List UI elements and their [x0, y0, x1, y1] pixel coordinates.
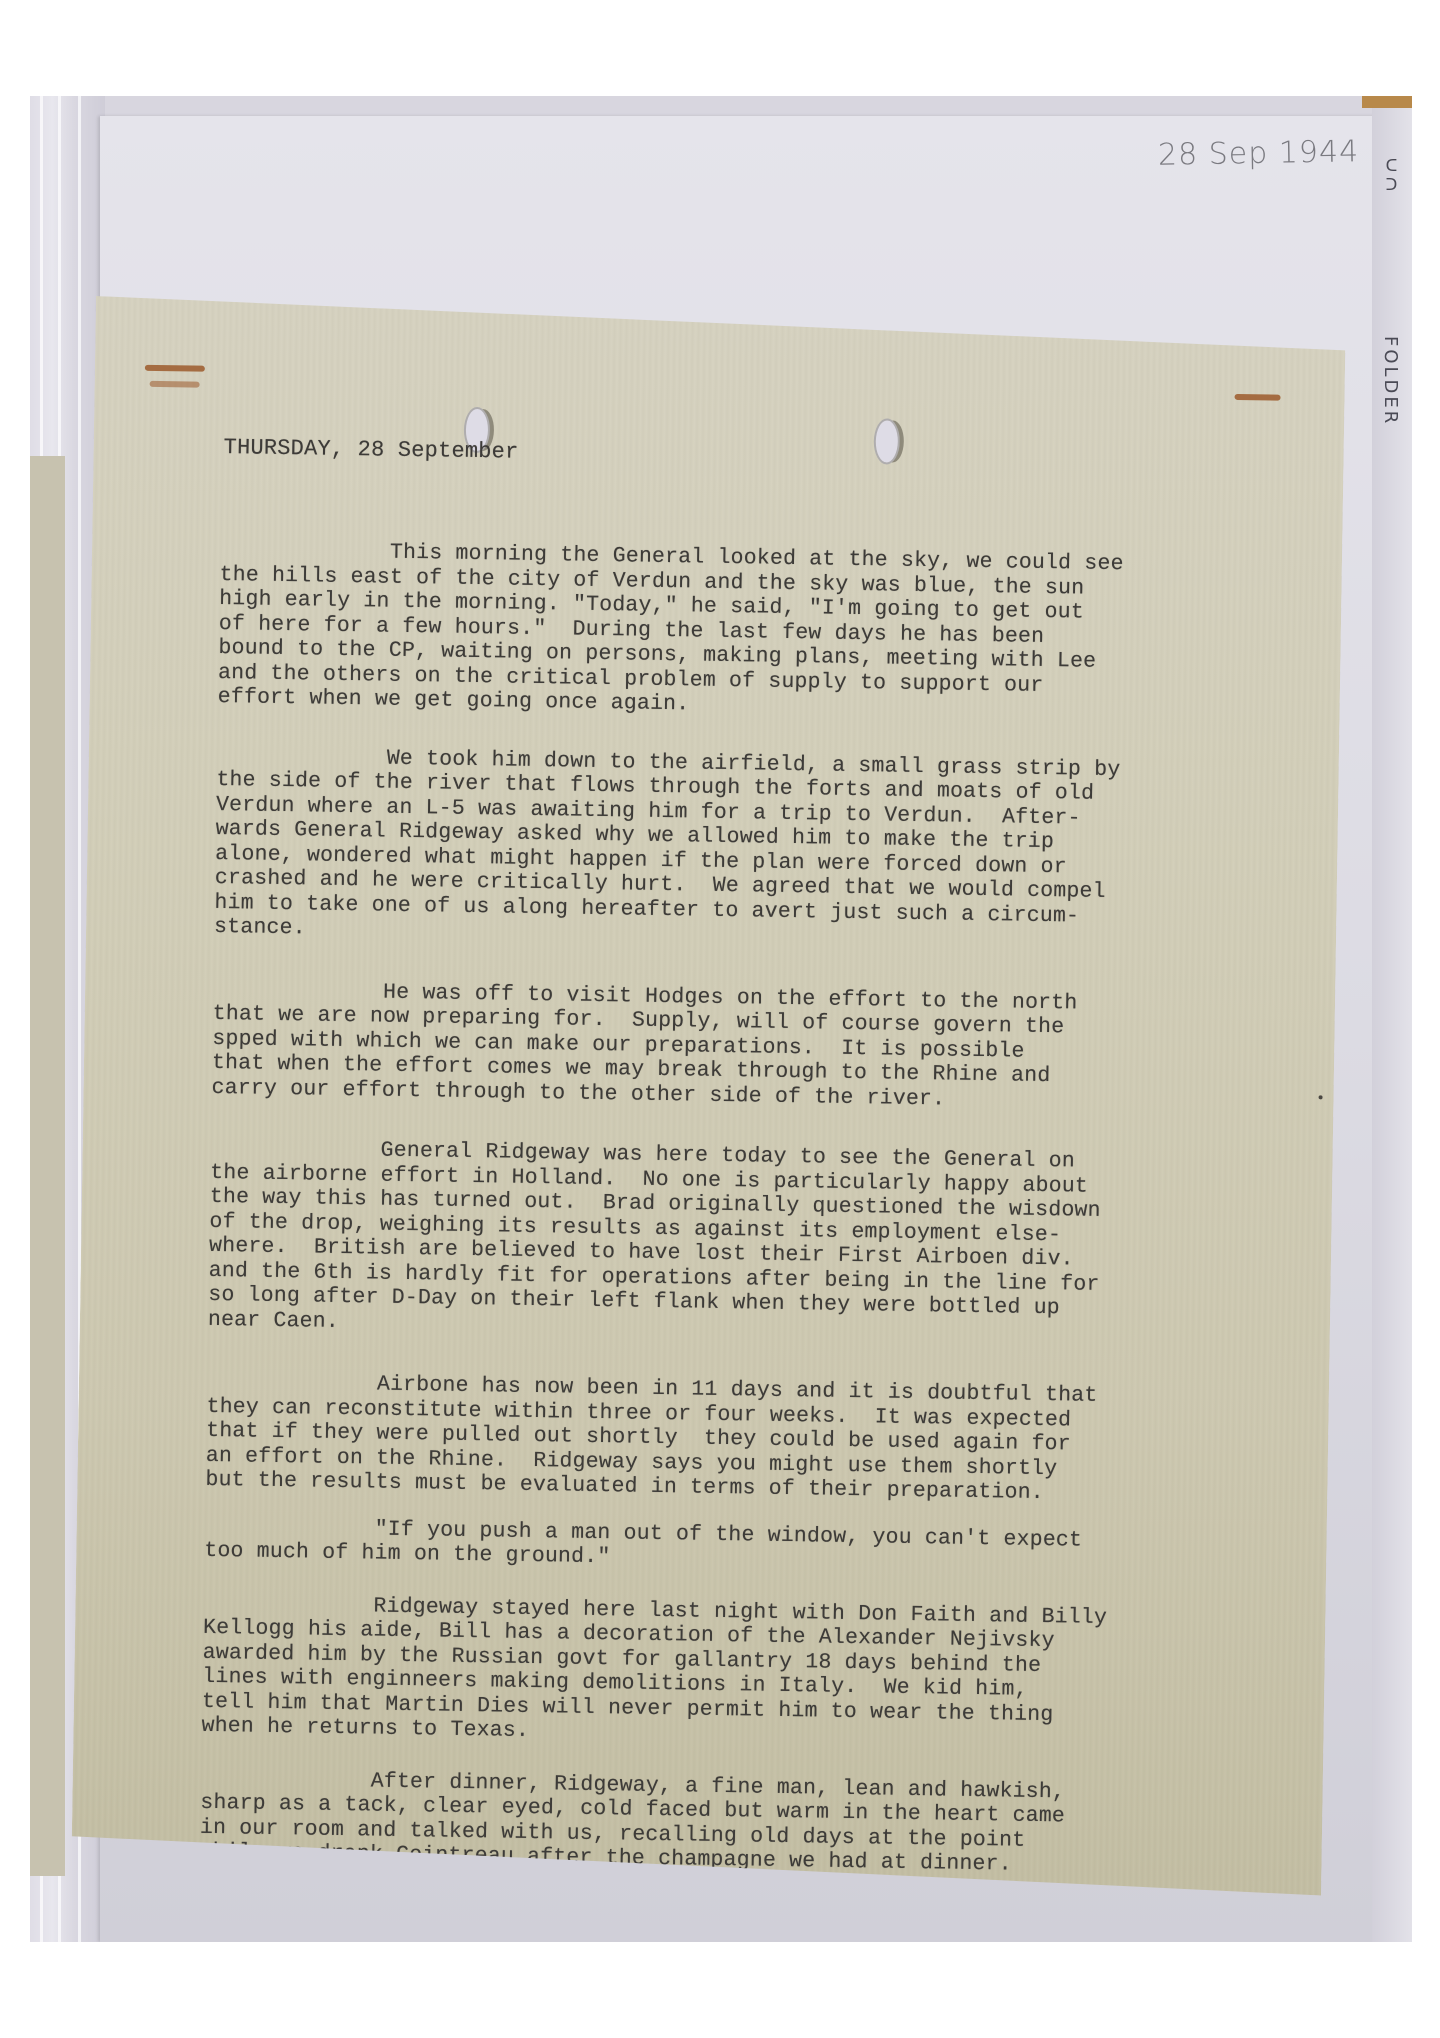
paragraph: We took him down to the airfield, a smal… — [214, 743, 1121, 953]
diary-body: This morning the General looked at the s… — [199, 508, 1124, 1879]
paragraph: "If you push a man out of the window, yo… — [204, 1514, 1108, 1577]
punch-hole — [873, 418, 900, 464]
diary-heading: THURSDAY, 28 September — [223, 436, 518, 465]
handwritten-date: 28 Sep 1944 — [1158, 134, 1360, 173]
paragraph: This morning the General looked at the s… — [218, 538, 1124, 724]
scan-photo: 28 Sep 1944 ᑕᑐ FOLDER THURSDAY, 28 Septe… — [30, 96, 1412, 1942]
paragraph: Ridgeway stayed here last night with Don… — [201, 1591, 1107, 1752]
paragraph: He was off to visit Hodges on the effort… — [211, 977, 1117, 1114]
paragraph: General Ridgeway was here today to see t… — [208, 1136, 1115, 1346]
under-sheet-edge — [30, 456, 65, 1876]
folder-corner — [1362, 96, 1412, 108]
rust-stain — [150, 381, 200, 388]
rust-stain — [1235, 394, 1281, 401]
ink-speck — [1319, 1095, 1323, 1099]
spine-label: FOLDER — [1380, 336, 1401, 426]
typed-sheet: THURSDAY, 28 September This morning the … — [71, 296, 1346, 1895]
rust-stain — [145, 365, 205, 372]
paragraph: Airbone has now been in 11 days and it i… — [205, 1370, 1111, 1507]
spine-mark: ᑕᑐ — [1382, 156, 1401, 194]
